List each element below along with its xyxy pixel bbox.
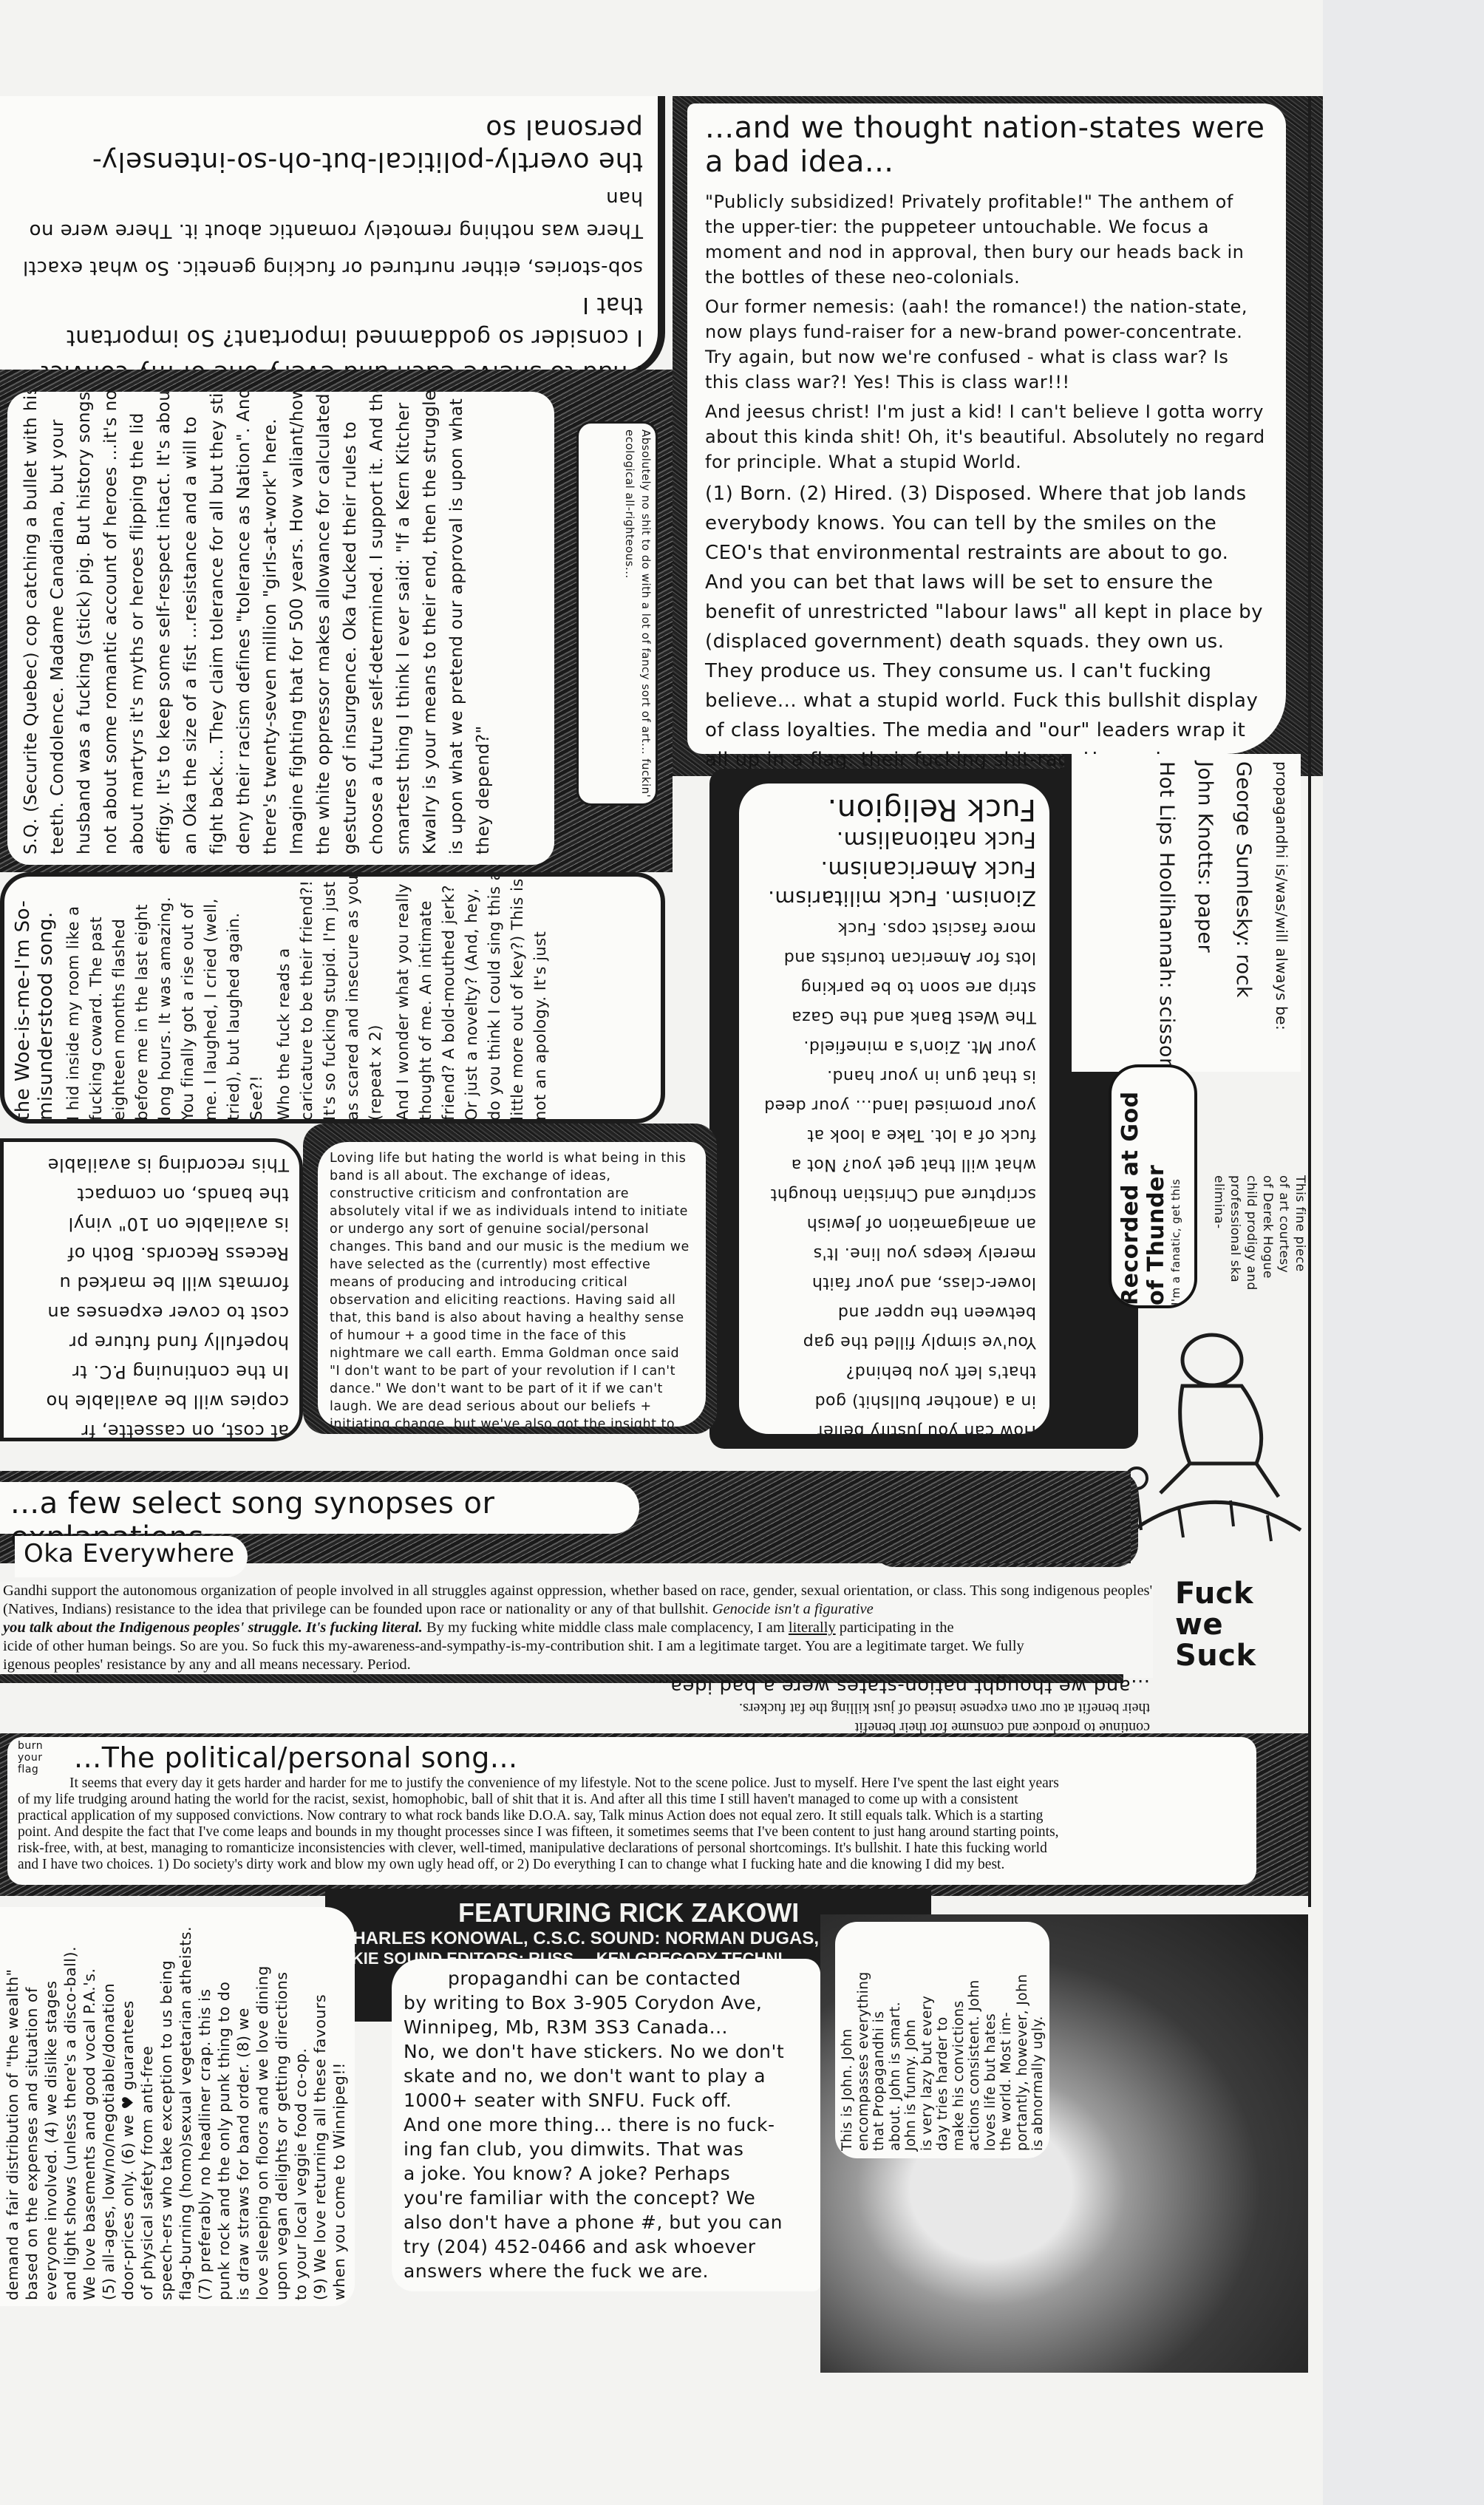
line: an amalgamation of Jewish [752, 1211, 1036, 1236]
god-of-thunder-bubble: Recorded at God of Thunder I'm a fanatic… [1109, 1064, 1197, 1308]
margin-note: burn your flag [18, 1740, 62, 1775]
caption-line: that Propagandhi is [871, 1922, 888, 2151]
top-left-upside-down-panel: busting, sexism... and isn't it strange … [0, 96, 665, 377]
song-title: Oka Everywhere [24, 1539, 235, 1568]
caption-line: John is funny. John [903, 1922, 919, 2151]
line: what will that get you? Not a [752, 1152, 1036, 1177]
line: the bands, on compact [14, 1182, 289, 1207]
fuck-we-suck-text: Fuck we Suck [1175, 1578, 1286, 1671]
line: lots for American tourists and [752, 945, 1036, 970]
text: igenous peoples' resistance by any and a… [3, 1656, 1153, 1674]
demand-line: door-prices only. (6) we ♥ guarantees [118, 1907, 137, 2300]
upside-down-line: I consider so goddamned important? So im… [15, 288, 643, 353]
demand-line: demand a fair distribution of "the wealt… [3, 1907, 22, 2300]
credits-heading: propagandhi is/was/will always be: [1262, 761, 1301, 1072]
lyric: Who the fuck reads a caricature to be th… [273, 872, 387, 1121]
demand-line: (9) We love returning all these favours [310, 1907, 330, 2300]
song-title: the Woe-is-me-I'm So-misunderstood song. [12, 872, 58, 1121]
upside-down-line: sob-stories, either nurtured or fucking … [15, 251, 643, 284]
distribution-panel: bands. at cost, on cassette, fr copies w… [0, 1138, 303, 1441]
contact-line: And one more thing... there is no fuck- [404, 2113, 809, 2137]
text: icide of other human beings. So are you.… [3, 1637, 1153, 1656]
fuck-religion-panel: Haillie does Hebron. You speak of Rastaf… [739, 784, 1049, 1434]
vertical-strip-text: Absolutely no shit to do with a lot of f… [623, 429, 653, 798]
upside-down-handwriting: ...and we thought nation-states were a b… [3, 1676, 1150, 1696]
panel-heading: ...and we thought nation-states were a b… [705, 111, 1268, 179]
caption-line: This is John. John [840, 1922, 856, 2151]
text-line: point. And despite the fact that I've co… [18, 1824, 1246, 1840]
caption-line: make his convictions [951, 1922, 967, 2151]
upside-down-text: their benefit at our own expense instead… [3, 1699, 1150, 1718]
credit-line: John Knotts: paper [1185, 761, 1224, 1072]
contact-line: also don't have a phone #, but you can [404, 2210, 809, 2234]
caption-line: encompasses everything [856, 1922, 872, 2151]
contact-line: a joke. You know? A joke? Perhaps [404, 2161, 809, 2186]
cartoon-creature-drawing [1109, 1316, 1308, 1552]
line: cost to cover expenses an [14, 1300, 289, 1325]
contact-line: 1000+ seater with SNFU. Fuck off. [404, 2088, 809, 2113]
text-line: of my life trudging around hating the wo… [18, 1792, 1246, 1808]
oka-rotated-panel: S.Q. (Securite Quebec) cop catching a bu… [7, 392, 554, 865]
caption-line: about. John is smart. [888, 1922, 904, 2151]
line: Fuck nationalism. [752, 826, 1036, 852]
contact-line: propagandhi can be contacted [404, 1966, 809, 1991]
demand-line: speech-ers who take exception to us bein… [157, 1907, 176, 2300]
studio-name: Recorded at God of Thunder [1117, 1064, 1169, 1305]
line: in a (another bullshit) god [752, 1388, 1036, 1413]
line: your promised land... your deed [752, 1092, 1036, 1118]
demand-line: We love basements and good vocal P.A.'s. [80, 1907, 99, 2300]
address-line: by writing to Box 3-905 Corydon Ave, [404, 1991, 809, 2015]
lyric: And I wonder what you really thought of … [392, 872, 552, 1121]
address-line: Winnipeg, Mb, R3M 3S3 Canada... [404, 2015, 809, 2039]
demand-line: punk rock and the only punk thing to do [214, 1907, 234, 2300]
demands-panel: demand a fair distribution of "the wealt… [0, 1907, 355, 2306]
contact-line: No, we don't have stickers. No we don't [404, 2039, 809, 2064]
line: This recording is available [14, 1152, 289, 1177]
line: fuck of a lot. Take a look at [752, 1122, 1036, 1147]
italic-text: Genocide isn't a figurative [712, 1601, 874, 1617]
underlined-text: literally [789, 1619, 836, 1636]
top-right-panel: ...and we thought nation-states were a b… [687, 103, 1286, 754]
caption-line: portantly, however, John [1015, 1922, 1031, 2151]
line: Fuck Americanism. [752, 856, 1036, 881]
upside-down-line: There was nothing remotely romantic abou… [15, 182, 643, 247]
demand-line: everyone involved. (4) we dislike stages [41, 1907, 61, 2300]
line: lower-class, and your faith [752, 1270, 1036, 1295]
lyric: I hid inside my room like a fucking cowa… [62, 872, 268, 1121]
credits-column: propagandhi is/was/will always be: Georg… [1064, 754, 1301, 1072]
demand-line: flag-burning (homo)sexual vegetarian ath… [176, 1907, 195, 2300]
text-line: It seems that every day it gets harder a… [18, 1775, 1246, 1792]
contact-line: answers where the fuck we are. [404, 2259, 809, 2283]
demand-line: (7) preferably no headliner crap. this i… [195, 1907, 214, 2300]
political-personal-panel: burn your flag ...The political/personal… [7, 1737, 1256, 1885]
paragraph: (1) Born. (2) Hired. (3) Disposed. Where… [705, 479, 1268, 775]
demand-line: love sleeping on floors and we love dini… [253, 1907, 272, 2300]
vertical-strip: Absolutely no shit to do with a lot of f… [576, 421, 658, 806]
credit-line: Hot Lips Hoolihannah: scissors [1147, 761, 1185, 1072]
line: How can you justify belief [752, 1418, 1036, 1434]
text: participating in the [840, 1619, 954, 1636]
demand-line: upon vegan delights or getting direction… [272, 1907, 291, 2300]
manifesto-text: Loving life but hating the world is what… [330, 1149, 694, 1427]
demand-line: when you come to Winnipeg!! [330, 1907, 349, 2300]
demand-line: is draw straws for band order. (8) we [234, 1907, 253, 2300]
line: is that gun in your hand. [752, 1063, 1036, 1088]
paragraph: Our former nemesis: (aah! the romance!) … [705, 294, 1268, 395]
caption-line: day tries harder to [935, 1922, 951, 2151]
demand-line: to your local veggie food co-op. [291, 1907, 310, 2300]
credit-line: George Sumlesky: rock [1224, 761, 1262, 1072]
caption-line: loves life but hates [983, 1922, 999, 2151]
caption-line: actions consistent. John [967, 1922, 983, 2151]
text-line: risk-free, with, at best, managing to ro… [18, 1840, 1246, 1857]
italic-text: you talk about the Indigenous peoples' s… [3, 1619, 423, 1636]
line: between the upper and [752, 1299, 1036, 1325]
contact-line: skate and no, we don't want to play a [404, 2064, 809, 2088]
contact-panel: propagandhi can be contacted by writing … [392, 1959, 820, 2291]
line: merely keeps you line. It's [752, 1240, 1036, 1265]
woe-is-me-panel: the Woe-is-me-I'm So-misunderstood song.… [0, 872, 665, 1124]
phone-line: try (204) 452-0466 and ask whoever [404, 2234, 809, 2259]
oka-everywhere-tag: Oka Everywhere [15, 1536, 248, 1577]
oka-text: S.Q. (Securite Quebec) cop catching a bu… [21, 392, 493, 854]
caption-line: is abnormally ugly. [1030, 1922, 1046, 2151]
paragraph: And jeesus christ! I'm just a kid! I can… [705, 399, 1268, 475]
caption-line: is very lazy but every [919, 1922, 936, 2151]
text-line: practical application of my supposed con… [18, 1808, 1246, 1824]
line: your Mt. Zion's a minefield. [752, 1033, 1036, 1058]
song-title: ...The political/personal song... [74, 1741, 518, 1774]
contact-line: you're familiar with the concept? We [404, 2186, 809, 2210]
demand-line: and light shows (unless there's a disco-… [61, 1907, 80, 2300]
line: is available on 10" vinyl [14, 1211, 289, 1237]
caption-line: the world. Most im- [998, 1922, 1015, 2151]
line: copies will be available ho [14, 1389, 289, 1414]
line: that's left you behind? [752, 1359, 1036, 1384]
line: Recess Records. Both of [14, 1241, 289, 1266]
line: The West Bank and the Gaza [752, 1004, 1036, 1029]
line: Zionism. Fuck militarism. [752, 886, 1036, 911]
demand-line: (5) all-ages, low/no/negotiable/donation [99, 1907, 118, 2300]
contact-line: ing fan club, you dimwits. That was [404, 2137, 809, 2161]
line: more fascist cops. Fuck [752, 915, 1036, 940]
john-caption: This is John. John encompasses everythin… [835, 1922, 1049, 2158]
line: scripture and Christian thought [752, 1181, 1036, 1206]
line: formats will be marked u [14, 1271, 289, 1296]
text-line: and I have two choices. 1) Do society's … [18, 1857, 1246, 1873]
line: Fuck Religion. [752, 797, 1036, 822]
demand-line: based on the expenses and situation of [22, 1907, 41, 2300]
upside-down-heading: the overtly-political-but-oh-so-intensel… [15, 112, 643, 177]
text: By my fucking white middle class male co… [426, 1619, 785, 1636]
demand-line: of physical safety from anti-free [137, 1907, 157, 2300]
studio-sub: I'm a fanatic, get this [1169, 1064, 1182, 1305]
line: at cost, on cassette, fr [14, 1418, 289, 1441]
text: Gandhi support the autonomous organizati… [3, 1583, 1152, 1617]
page-edge-line [1308, 96, 1311, 1907]
paragraph: "Publicly subsidized! Privately profitab… [705, 189, 1268, 290]
faded-background-bleed [1323, 0, 1484, 2505]
line: You've simply filled the gap [752, 1329, 1036, 1354]
oka-everywhere-text: Gandhi support the autonomous organizati… [0, 1582, 1153, 1678]
synopses-banner: ...a few select song synopses or explana… [0, 1482, 639, 1534]
line: In the continuing P.C. tr [14, 1359, 289, 1384]
line: hopefully fund future pr [14, 1330, 289, 1355]
line: strip are soon to be parking [752, 974, 1036, 999]
loving-life-panel: Loving life but hating the world is what… [318, 1142, 706, 1427]
